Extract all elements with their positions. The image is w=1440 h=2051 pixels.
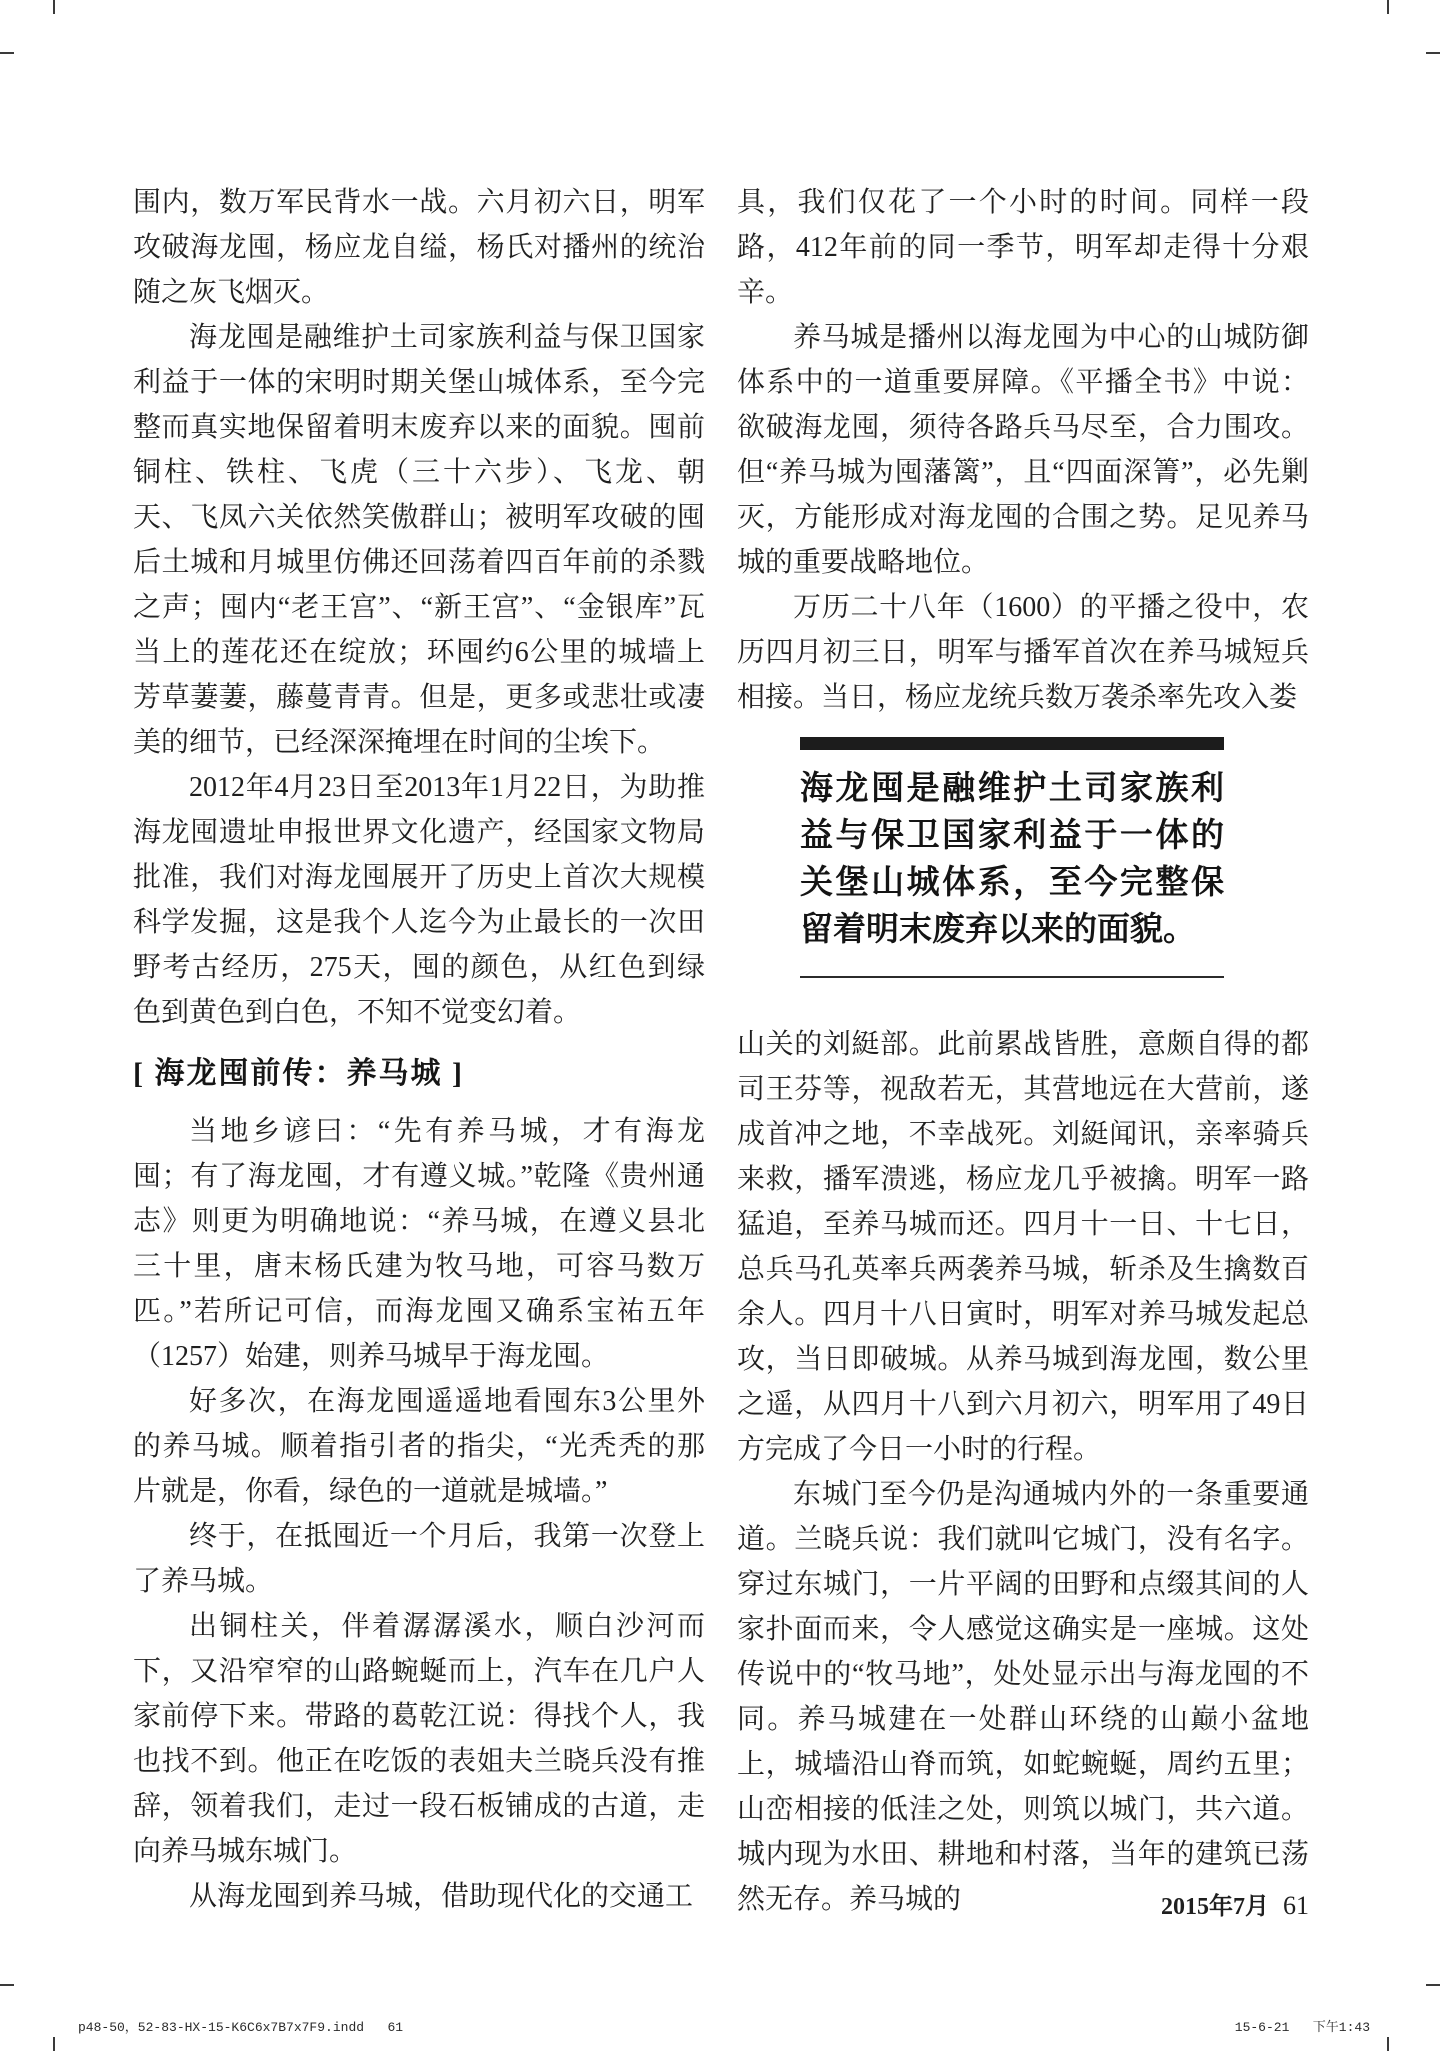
section-heading: [ 海龙囤前传：养马城 ] <box>133 1055 705 1093</box>
crop-mark-bottom-right-vertical <box>1387 2037 1389 2051</box>
paragraph: 万历二十八年（1600）的平播之役中，农历四月初三日，明军与播军首次在养马城短兵… <box>737 585 1309 720</box>
crop-mark-bottom-left-horizontal <box>0 1984 14 1986</box>
magazine-page: 围内，数万军民背水一战。六月初六日，明军攻破海龙囤，杨应龙自缢，杨氏对播州的统治… <box>0 0 1440 2051</box>
paragraph: 出铜柱关，伴着潺潺溪水，顺白沙河而下，又沿窄窄的山路蜿蜒而上，汽车在几户人家前停… <box>133 1604 705 1874</box>
pull-quote-text: 海龙囤是融维护土司家族利益与保卫国家利益于一体的关堡山城体系，至今完整保留着明末… <box>800 766 1224 954</box>
footer-page-number: 61 <box>1283 1891 1309 1920</box>
left-column: 围内，数万军民背水一战。六月初六日，明军攻破海龙囤，杨应龙自缢，杨氏对播州的统治… <box>133 180 705 1919</box>
paragraph: 终于，在抵囤近一个月后，我第一次登上了养马城。 <box>133 1514 705 1604</box>
paragraph: 2012年4月23日至2013年1月22日，为助推海龙囤遗址申报世界文化遗产，经… <box>133 765 705 1035</box>
right-column-lower: 山关的刘綎部。此前累战皆胜，意颇自得的都司王芬等，视敌若无，其营地远在大营前，遂… <box>737 1022 1309 1922</box>
print-slug-filename: p48-50，52-83-HX-15-K6C6x7B7x7F9.indd 61 <box>78 2016 403 2035</box>
paragraph: 当地乡谚曰：“先有养马城，才有海龙囤；有了海龙囤，才有遵义城。”乾隆《贵州通志》… <box>133 1109 705 1379</box>
paragraph: 围内，数万军民背水一战。六月初六日，明军攻破海龙囤，杨应龙自缢，杨氏对播州的统治… <box>133 180 705 315</box>
paragraph: 好多次，在海龙囤遥遥地看囤东3公里外的养马城。顺着指引者的指尖，“光秃秃的那片就… <box>133 1379 705 1514</box>
crop-mark-top-right-vertical <box>1387 0 1389 14</box>
paragraph: 具，我们仅花了一个小时的时间。同样一段路，412年前的同一季节，明军却走得十分艰… <box>737 180 1309 315</box>
pull-quote-divider <box>800 976 1224 978</box>
crop-mark-top-left-vertical <box>53 0 55 14</box>
paragraph: 海龙囤是融维护土司家族利益与保卫国家利益于一体的宋明时期关堡山城体系，至今完整而… <box>133 315 705 765</box>
pull-quote-block: 海龙囤是融维护土司家族利益与保卫国家利益于一体的关堡山城体系，至今完整保留着明末… <box>800 737 1224 978</box>
right-column-upper: 具，我们仅花了一个小时的时间。同样一段路，412年前的同一季节，明军却走得十分艰… <box>737 180 1309 720</box>
paragraph: 从海龙囤到养马城，借助现代化的交通工 <box>133 1874 705 1919</box>
crop-mark-top-left-horizontal <box>0 52 14 54</box>
crop-mark-bottom-left-vertical <box>53 2037 55 2051</box>
footer-issue-date: 2015年7月 <box>1161 1894 1269 1920</box>
paragraph: 养马城是播州以海龙囤为中心的山城防御体系中的一道重要屏障。《平播全书》中说：欲破… <box>737 315 1309 585</box>
crop-mark-top-right-horizontal <box>1426 52 1440 54</box>
paragraph: 东城门至今仍是沟通城内外的一条重要通道。兰晓兵说：我们就叫它城门，没有名字。穿过… <box>737 1472 1309 1922</box>
page-footer: 2015年7月61 <box>737 1886 1309 1921</box>
crop-mark-bottom-right-horizontal <box>1426 1984 1440 1986</box>
print-slug-timestamp: 15-6-21 下午1:43 <box>1235 2016 1370 2035</box>
pull-quote-top-bar <box>800 737 1224 750</box>
paragraph: 山关的刘綎部。此前累战皆胜，意颇自得的都司王芬等，视敌若无，其营地远在大营前，遂… <box>737 1022 1309 1472</box>
